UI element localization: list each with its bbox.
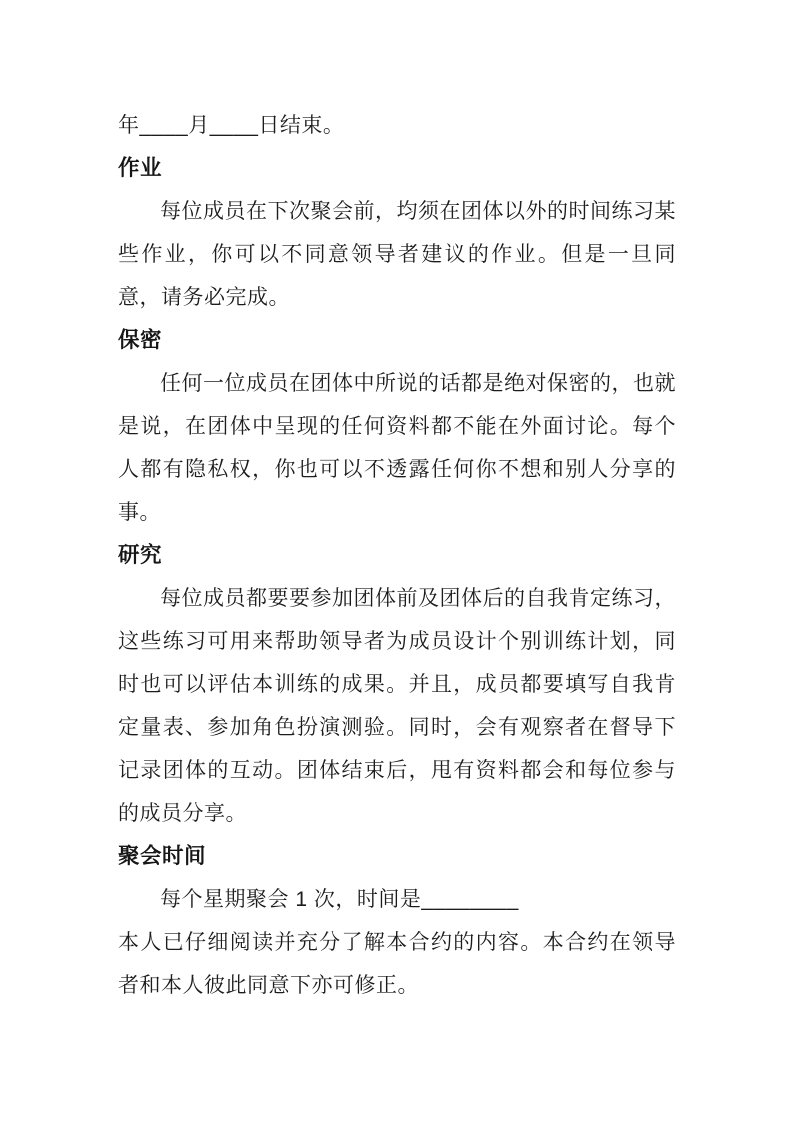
section-paragraph: 本人已仔细阅读并充分了解本合约的内容。本合约在领导者和本人彼此同意下亦可修正。 [118,921,676,1007]
document-content: 年____月____日结束。 作业每位成员在下次聚会前，均须在团体以外的时间练习… [118,104,676,1007]
section-heading: 保密 [118,319,676,362]
section-paragraph: 每位成员都要要参加团体前及团体后的自我肯定练习，这些练习可用来帮助领导者为成员设… [118,577,676,835]
intro-line: 年____月____日结束。 [118,104,676,147]
section-heading: 研究 [118,534,676,577]
section-paragraph: 每个星期聚会 1 次，时间是________ [118,878,676,921]
section-heading: 作业 [118,147,676,190]
document-page: 年____月____日结束。 作业每位成员在下次聚会前，均须在团体以外的时间练习… [0,0,793,1122]
section-paragraph: 任何一位成员在团体中所说的话都是绝对保密的，也就是说，在团体中呈现的任何资料都不… [118,362,676,534]
document-sections: 作业每位成员在下次聚会前，均须在团体以外的时间练习某些作业，你可以不同意领导者建… [118,147,676,1007]
section-heading: 聚会时间 [118,835,676,878]
section-paragraph: 每位成员在下次聚会前，均须在团体以外的时间练习某些作业，你可以不同意领导者建议的… [118,190,676,319]
